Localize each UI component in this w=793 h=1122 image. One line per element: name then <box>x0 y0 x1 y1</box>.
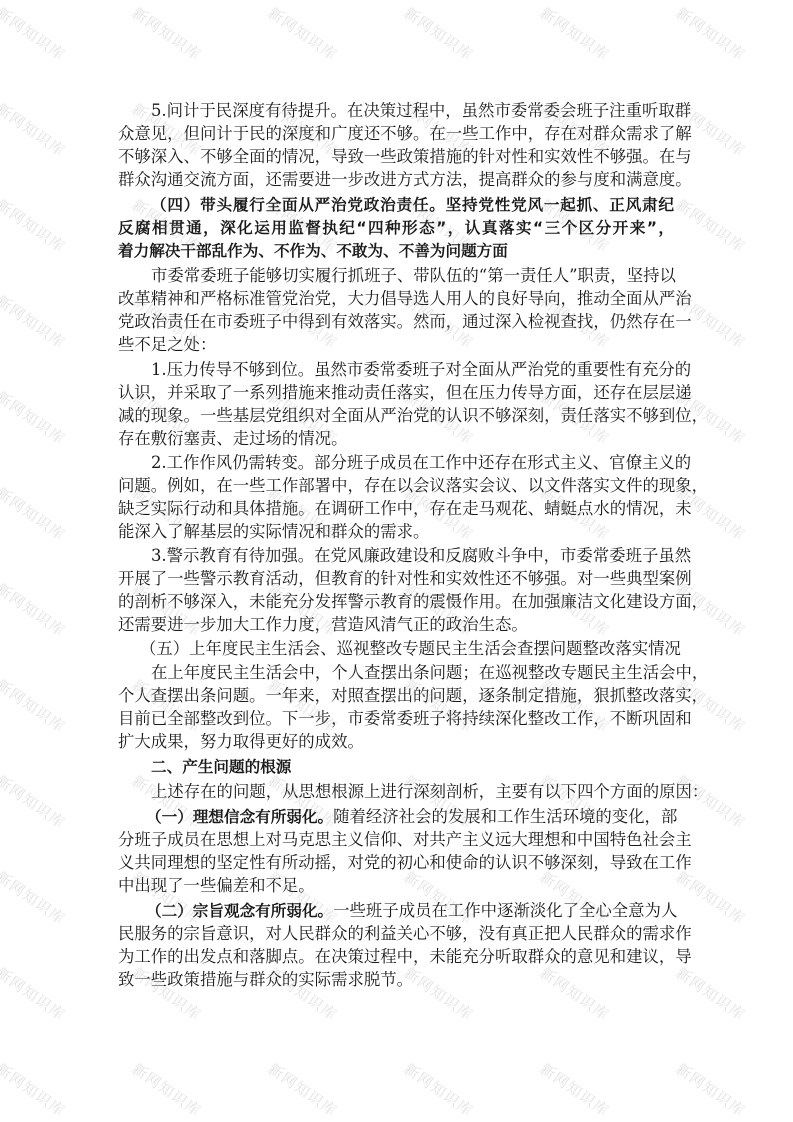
lead-heading: （一）理想信念有所弱化。 <box>146 808 333 826</box>
watermark-text: 新网知识库 <box>672 866 750 929</box>
watermark-text: 新网知识库 <box>672 2 750 65</box>
watermark-text: 新网知识库 <box>536 2 614 65</box>
list-item-line: 还需要进一步加大工作力度，营造风清气正的政治生态。 <box>118 614 674 636</box>
watermark-text: 新网知识库 <box>0 386 70 449</box>
watermark-text: 新网知识库 <box>264 1058 342 1121</box>
paragraph-line: 目前已全部整改到位。下一步，市委常委班子将持续深化整改工作，不断巩固和 <box>118 708 674 730</box>
watermark-text: 新网知识库 <box>128 2 206 65</box>
paragraph-line: 致一些政策措施与群众的实际需求脱节。 <box>118 969 674 991</box>
section-heading-4: 反腐相贯通，深化运用监督执纪“四种形态”，认真落实“三个区分开来”， <box>118 217 674 239</box>
lead-heading: （二）宗旨观念有所弱化。 <box>146 902 333 920</box>
watermark-text: 新网知识库 <box>128 1058 206 1121</box>
list-item-line: 3.警示教育有待加强。在党风廉政建设和反腐败斗争中，市委常委班子虽然 <box>118 545 674 567</box>
watermark-text: 新网知识库 <box>0 674 70 737</box>
watermark-text: 新网知识库 <box>400 2 478 65</box>
paragraph-line: 党政治责任在市委班子中得到有效落实。然而，通过深入检视查找，仍然存在一 <box>118 311 674 333</box>
list-item-line: 认识，并采取了一系列措施来推动责任落实，但在压力传导方面，还存在层层递 <box>118 382 674 404</box>
list-item-line: 减的现象。一些基层党组织对全面从严治党的认识不够深刻，责任落实不够到位， <box>118 405 674 427</box>
section-heading-4: 着力解决干部乱作为、不作为、不敢为、不善为问题方面 <box>118 240 674 262</box>
watermark-text: 新网知识库 <box>0 962 70 1025</box>
chapter-heading: 二、产生问题的根源 <box>118 756 674 778</box>
watermark-text: 新网知识库 <box>0 482 70 545</box>
paragraph-line: （一）理想信念有所弱化。随着经济社会的发展和工作生活环境的变化，部 <box>118 806 674 828</box>
list-item-line: 问题。例如，在一些工作部署中，存在以会议落实会议、以文件落实文件的现象， <box>118 475 674 497</box>
paragraph-line: 些不足之处： <box>118 334 674 356</box>
paragraph-line: 上述存在的问题，从思想根源上进行深刻剖析，主要有以下四个方面的原因： <box>118 781 674 803</box>
watermark-text: 新网知识库 <box>0 98 70 161</box>
paragraph-line: 扩大成果，努力取得更好的成效。 <box>118 731 674 753</box>
paragraph-line: 民服务的宗旨意识，对人民群众的利益关心不够，没有真正把人民群众的需求作 <box>118 923 674 945</box>
section-heading-5: （五）上年度民主生活会、巡视整改专题民主生活会查摆问题整改落实情况 <box>118 638 674 660</box>
paragraph-line: 市委常委班子能够切实履行抓班子、带队伍的“第一责任人”职责，坚持以 <box>118 265 674 287</box>
paragraph-line: 分班子成员在思想上对马克思主义信仰、对共产主义远大理想和中国特色社会主 <box>118 829 674 851</box>
watermark-text: 新网知识库 <box>0 290 70 353</box>
paragraph-line: 中出现了一些偏差和不足。 <box>118 875 674 897</box>
watermark-text: 新网知识库 <box>264 2 342 65</box>
watermark-text: 新网知识库 <box>0 578 70 641</box>
paragraph-line: 个人查摆出条问题。一年来，对照查摆出的问题，逐条制定措施，狠抓整改落实， <box>118 685 674 707</box>
paragraph-line: 群众沟通交流方面，还需要进一步改进方式方法，提高群众的参与度和满意度。 <box>118 169 674 191</box>
paragraph-line: 义共同理想的坚定性有所动摇，对党的初心和使命的认识不够深刻，导致在工作 <box>118 852 674 874</box>
paragraph-line: 为工作的出发点和落脚点。在决策过程中，未能充分听取群众的意见和建议，导 <box>118 946 674 968</box>
list-item-line: 能深入了解基层的实际情况和群众的需求。 <box>118 521 674 543</box>
watermark-text: 新网知识库 <box>672 194 750 257</box>
paragraph-line: 改革精神和严格标准管党治党，大力倡导选人用人的良好导向，推动全面从严治 <box>118 288 674 310</box>
paragraph-line: （二）宗旨观念有所弱化。一些班子成员在工作中逐渐淡化了全心全意为人 <box>118 900 674 922</box>
list-item-line: 2.工作作风仍需转变。部分班子成员在工作中还存在形式主义、官僚主义的 <box>118 452 674 474</box>
list-item-line: 的剖析不够深入，未能充分发挥警示教育的震慑作用。在加强廉洁文化建设方面， <box>118 591 674 613</box>
watermark-text: 新网知识库 <box>0 1058 70 1121</box>
section-heading-4: （四）带头履行全面从严治党政治责任。坚持党性党风一起抓、正风肃纪 <box>118 194 674 216</box>
list-item-line: 1.压力传导不够到位。虽然市委常委班子对全面从严治党的重要性有充分的 <box>118 359 674 381</box>
paragraph-line: 在上年度民主生活会中，个人查摆出条问题；在巡视整改专题民主生活会中， <box>118 662 674 684</box>
list-item-line: 开展了一些警示教育活动，但教育的针对性和实效性还不够强。对一些典型案例 <box>118 568 674 590</box>
watermark-text: 新网知识库 <box>672 1058 750 1121</box>
paragraph-line: 5.问计于民深度有待提升。在决策过程中，虽然市委常委会班子注重听取群 <box>118 100 674 122</box>
lead-text: 一些班子成员在工作中逐渐淡化了全心全意为人 <box>333 901 677 920</box>
watermark-text: 新网知识库 <box>0 866 70 929</box>
watermark-text: 新网知识库 <box>400 1058 478 1121</box>
watermark-text: 新网知识库 <box>672 962 750 1025</box>
paragraph-line: 不够深入、不够全面的情况，导致一些政策措施的针对性和实效性不够强。在与 <box>118 146 674 168</box>
watermark-text: 新网知识库 <box>0 2 70 65</box>
paragraph-line: 众意见，但问计于民的深度和广度还不够。在一些工作中，存在对群众需求了解 <box>118 123 674 145</box>
list-item-line: 缺乏实际行动和具体措施。在调研工作中，存在走马观花、蜻蜓点水的情况，未 <box>118 498 674 520</box>
watermark-text: 新网知识库 <box>0 194 70 257</box>
lead-text: 随着经济社会的发展和工作生活环境的变化，部 <box>333 807 677 826</box>
list-item-line: 存在敷衍塞责、走过场的情况。 <box>118 428 674 450</box>
watermark-text: 新网知识库 <box>0 770 70 833</box>
watermark-text: 新网知识库 <box>536 1058 614 1121</box>
